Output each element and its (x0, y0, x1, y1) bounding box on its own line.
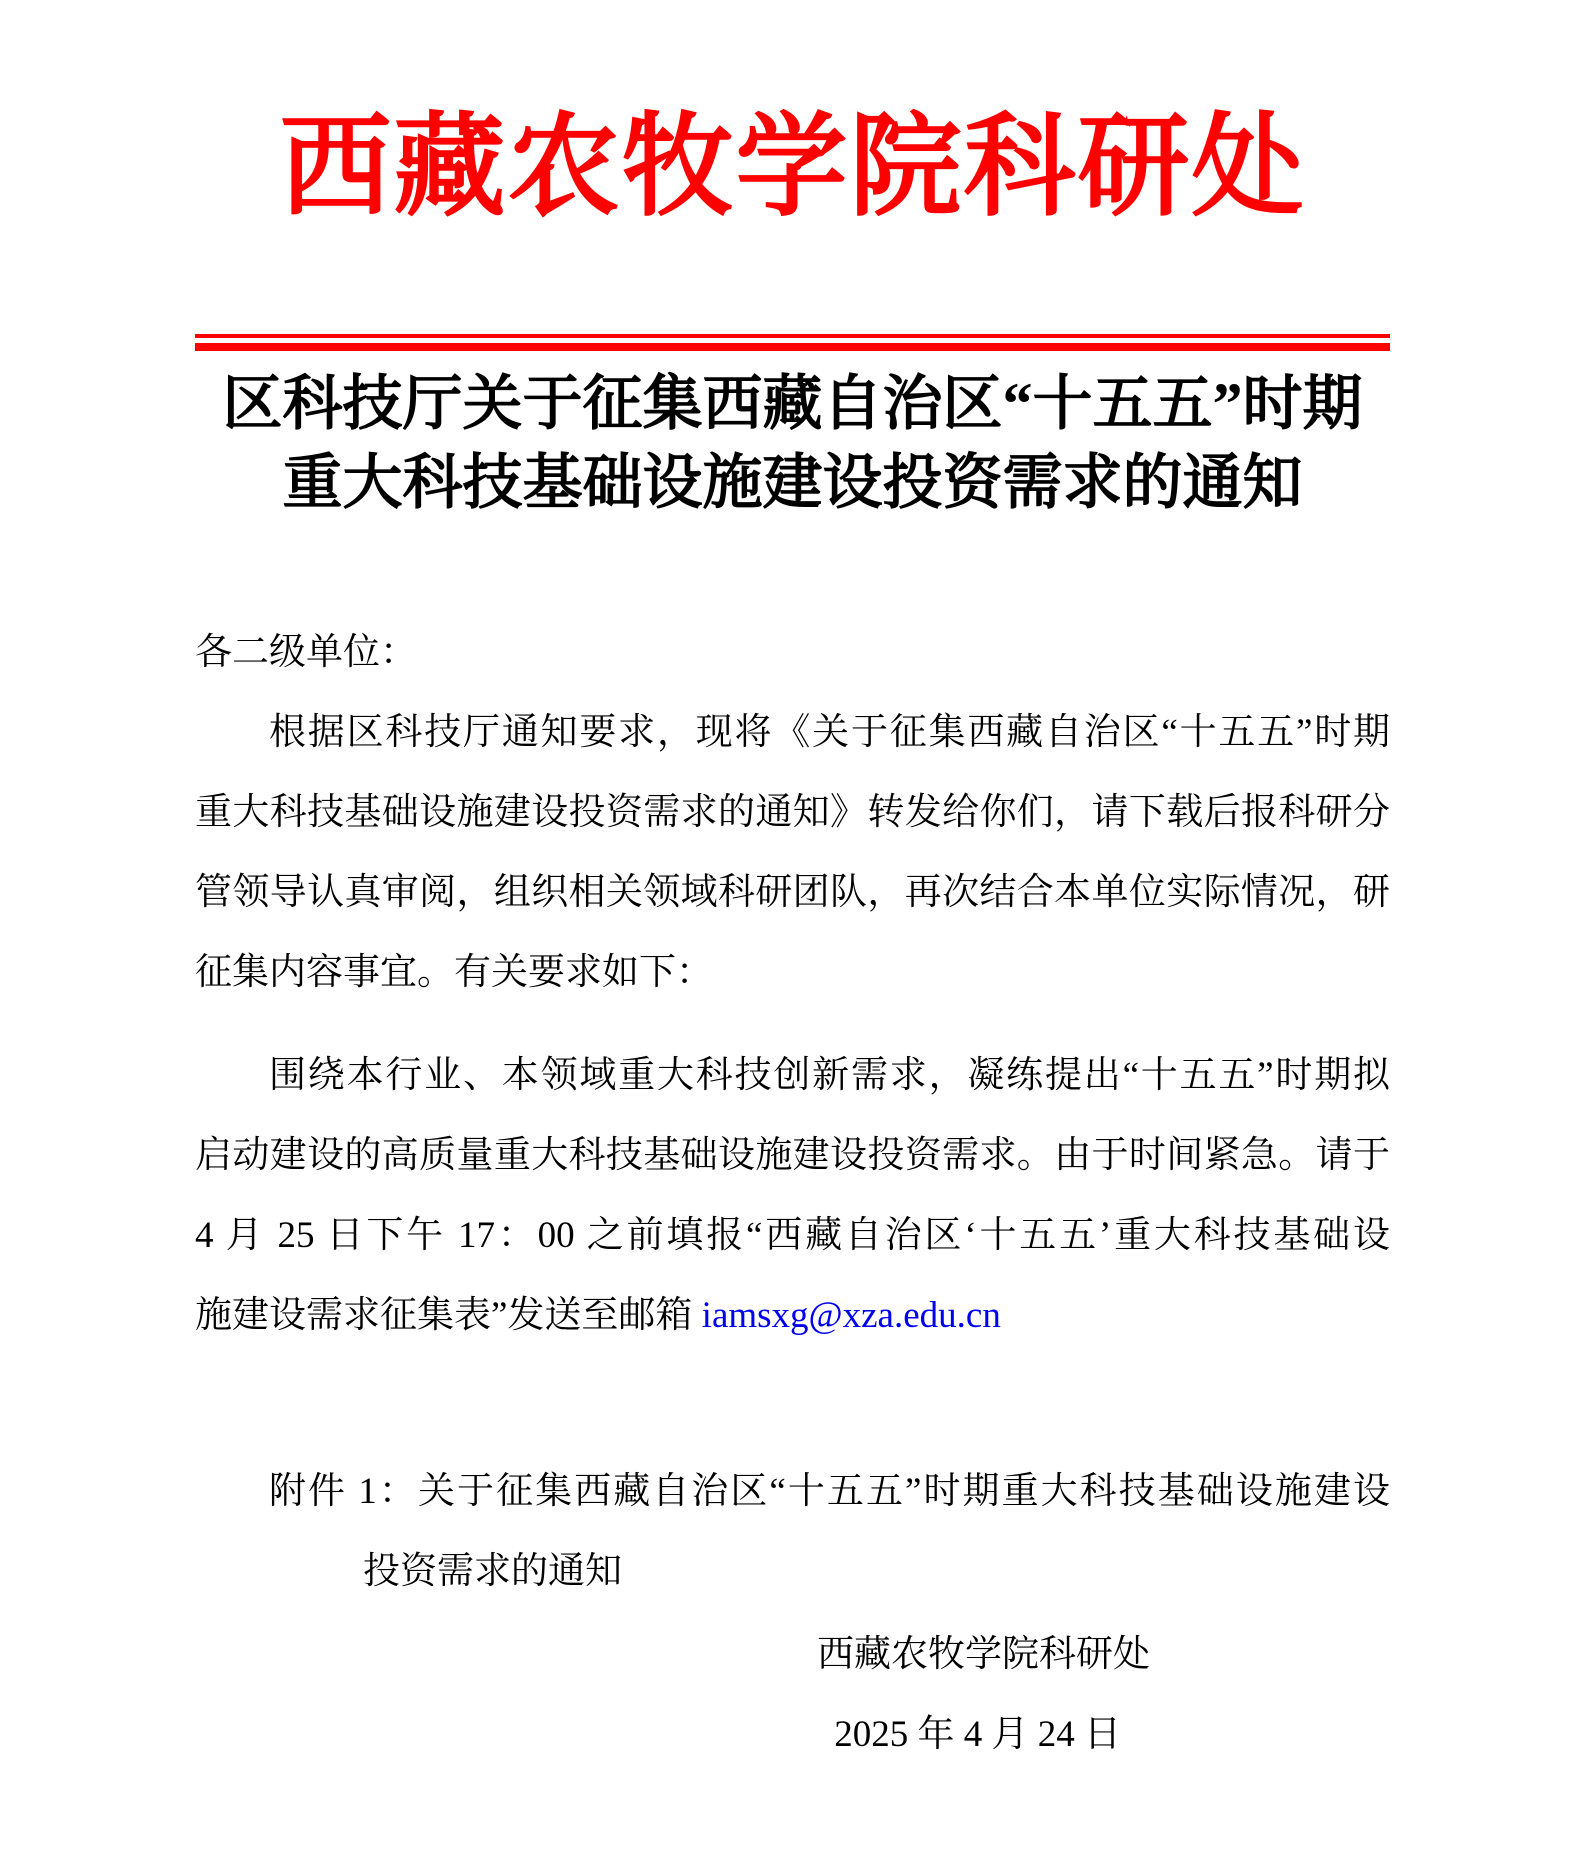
signature-org: 西藏农牧学院科研处 (817, 1615, 1150, 1695)
masthead-org-name: 西藏农牧学院科研处 (195, 98, 1390, 238)
notice-title-line-1: 区科技厅关于征集西藏自治区“十五五”时期 (195, 365, 1390, 444)
body-line: 围绕本行业、本领域重大科技创新需求，凝练提出“十五五”时期拟 (195, 1036, 1390, 1116)
body-line: 根据区科技厅通知要求，现将《关于征集西藏自治区“十五五”时期 (195, 693, 1390, 773)
email-line-prefix: 施建设需求征集表”发送至邮箱 (195, 1295, 702, 1336)
signature-block: 西藏农牧学院科研处 2025 年 4 月 24 日 (195, 1615, 1390, 1775)
salutation: 各二级单位： (195, 613, 1390, 693)
notice-body: 各二级单位： 根据区科技厅通知要求，现将《关于征集西藏自治区“十五五”时期重大科… (195, 613, 1390, 1775)
signature-date: 2025 年 4 月 24 日 (834, 1695, 1121, 1775)
document-page: { "colors": { "accent_red": "#ff0000", "… (0, 0, 1586, 1869)
body-line: 4 月 25 日下午 17：00 之前填报“西藏自治区‘十五五’重大科技基础设 (195, 1196, 1390, 1276)
masthead: 西藏农牧学院科研处 (195, 0, 1390, 238)
attachment-line-2: 投资需求的通知 (195, 1532, 1390, 1612)
email-link[interactable]: iamsxg@xza.edu.cn (702, 1295, 1001, 1336)
body-line: 征集内容事宜。有关要求如下： (195, 933, 1390, 1013)
paragraph-2: 围绕本行业、本领域重大科技创新需求，凝练提出“十五五”时期拟启动建设的高质量重大… (195, 1036, 1390, 1276)
body-line: 管领导认真审阅，组织相关领域科研团队，再次结合本单位实际情况，研 (195, 853, 1390, 933)
notice-title: 区科技厅关于征集西藏自治区“十五五”时期 重大科技基础设施建设投资需求的通知 (195, 365, 1390, 523)
body-line: 重大科技基础设施建设投资需求的通知》转发给你们，请下载后报科研分 (195, 773, 1390, 853)
attachment-line-1: 附件 1：关于征集西藏自治区“十五五”时期重大科技基础设施建设 (195, 1452, 1390, 1532)
email-line: 施建设需求征集表”发送至邮箱 iamsxg@xza.edu.cn (195, 1276, 1390, 1356)
red-divider (195, 334, 1390, 351)
attachment-block: 附件 1：关于征集西藏自治区“十五五”时期重大科技基础设施建设 投资需求的通知 (195, 1452, 1390, 1612)
body-line: 启动建设的高质量重大科技基础设施建设投资需求。由于时间紧急。请于 (195, 1116, 1390, 1196)
notice-title-line-2: 重大科技基础设施建设投资需求的通知 (195, 444, 1390, 523)
red-divider-thick-line (195, 343, 1390, 351)
paragraph-1: 根据区科技厅通知要求，现将《关于征集西藏自治区“十五五”时期重大科技基础设施建设… (195, 693, 1390, 1013)
